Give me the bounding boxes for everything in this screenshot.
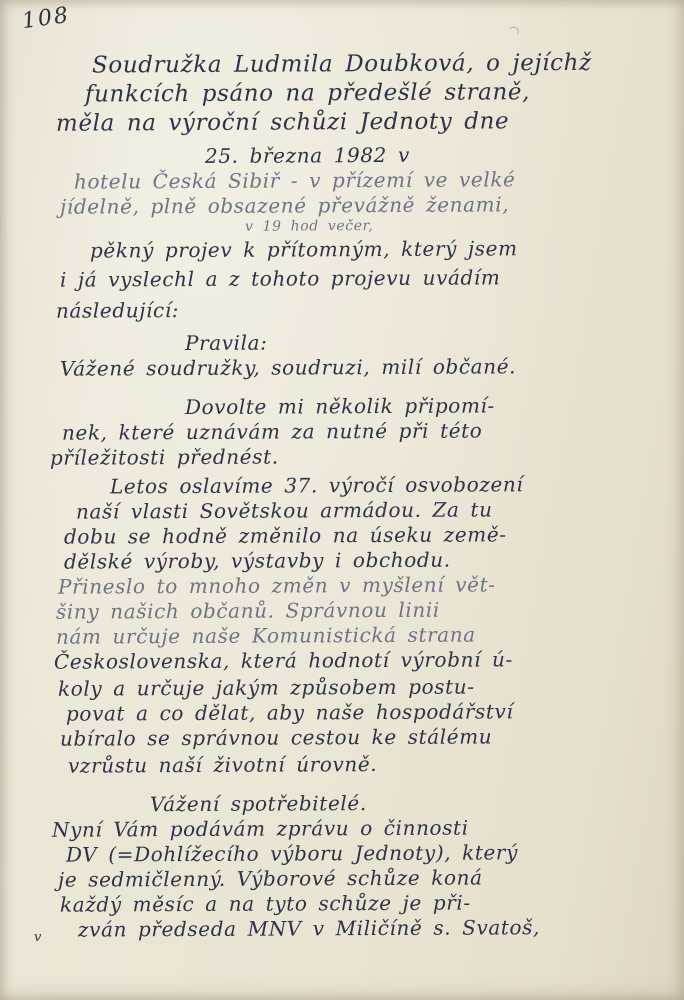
manuscript-line: Vážení spotřebitelé. bbox=[0, 790, 660, 818]
manuscript-line: 25. března 1982 v bbox=[0, 142, 660, 170]
manuscript-line: následující: bbox=[0, 296, 660, 324]
manuscript-line: v 19 hod večer, bbox=[0, 217, 660, 237]
manuscript-line: Soudružka Ludmila Doubková, o jejíchž bbox=[0, 49, 660, 81]
manuscript-line: nek, které uznávám za nutné při této bbox=[0, 418, 660, 446]
manuscript-page: 108 ◠ Soudružka Ludmila Doubková, o její… bbox=[0, 0, 684, 1000]
manuscript-line: Dovolte mi několik připomí- bbox=[0, 393, 660, 421]
manuscript-line: příležitosti přednést. bbox=[0, 443, 660, 471]
manuscript-line: měla na výroční schůzi Jednoty dne bbox=[0, 107, 660, 139]
manuscript-line: i já vyslechl a z tohoto projevu uvádím bbox=[0, 265, 660, 293]
manuscript-line: dělské výroby, výstavby i obchodu. bbox=[0, 547, 660, 575]
manuscript-line: pěkný projev k přítomným, který jsem bbox=[0, 236, 660, 264]
manuscript-line: hotelu Česká Sibiř - v přízemí ve velké bbox=[0, 167, 660, 195]
manuscript-lines: Soudružka Ludmila Doubková, o jejíchžfun… bbox=[0, 52, 660, 943]
manuscript-line: každý měsíc a na tyto schůze je při- bbox=[0, 890, 660, 918]
manuscript-line: Letos oslavíme 37. výročí osvobození bbox=[0, 472, 660, 500]
manuscript-line: Pravila: bbox=[0, 329, 660, 357]
manuscript-line: Československa, která hodnotí výrobní ú- bbox=[0, 647, 660, 675]
manuscript-line: zván předseda MNV v Miličíně s. Svatoš, bbox=[0, 915, 660, 943]
manuscript-line: funkcích psáno na předešlé straně, bbox=[0, 78, 660, 110]
manuscript-line: DV (=Dohlížecího výboru Jednoty), který bbox=[0, 840, 660, 868]
ink-smudge: ◠ bbox=[505, 22, 522, 41]
manuscript-line: je sedmičlenný. Výborové schůze koná bbox=[0, 865, 660, 893]
manuscript-line: vzrůstu naší životní úrovně. bbox=[0, 751, 660, 779]
manuscript-line: dobu se hodně změnilo na úseku země- bbox=[0, 522, 660, 550]
manuscript-line: ubíralo se správnou cestou ke stálému bbox=[0, 724, 660, 752]
manuscript-line: Přineslo to mnoho změn v myšlení vět- bbox=[0, 572, 660, 600]
manuscript-line: šiny našich občanů. Správnou linii bbox=[0, 597, 660, 625]
manuscript-line: Nyní Vám podávám zprávu o činnosti bbox=[0, 815, 660, 843]
checkmark: v bbox=[34, 930, 41, 945]
manuscript-line: koly a určuje jakým způsobem postu- bbox=[0, 674, 660, 702]
manuscript-line: nám určuje naše Komunistická strana bbox=[0, 622, 660, 650]
manuscript-line: Vážené soudružky, soudruzi, milí občané. bbox=[0, 354, 660, 382]
manuscript-line: povat a co dělat, aby naše hospodářství bbox=[0, 699, 660, 727]
manuscript-line: naší vlasti Sovětskou armádou. Za tu bbox=[0, 497, 660, 525]
manuscript-line: jídelně, plně obsazené převážně ženami, bbox=[0, 192, 660, 220]
page-number: 108 bbox=[20, 3, 71, 34]
